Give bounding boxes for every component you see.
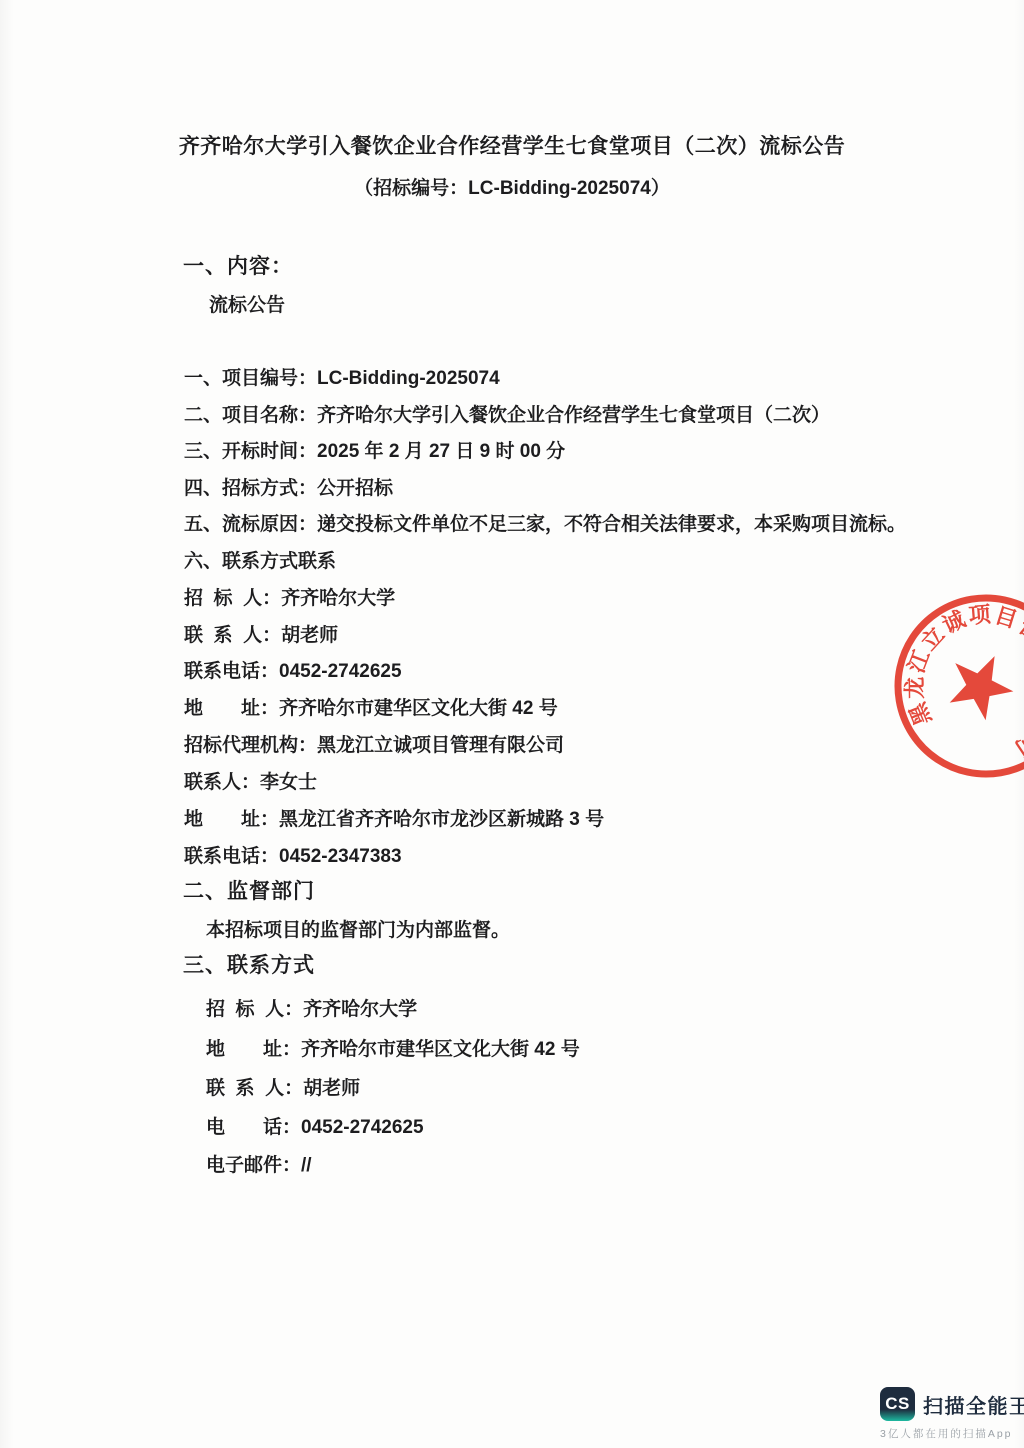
supervision-body-line: 本招标项目的监督部门为内部监督。 (206, 920, 510, 942)
section-heading-supervision: 二、监督部门 (183, 881, 315, 903)
notice-item-project-number: 一、项目编号：LC-Bidding-2025074 (184, 368, 500, 390)
document-subtitle: （招标编号：LC-Bidding-2025074） (0, 173, 1024, 200)
camscanner-logo-icon: CS (880, 1387, 915, 1421)
agency-seal: 黑龙江立诚项目管理有限公司 (876, 576, 1024, 812)
notice-item-opening-time: 三、开标时间：2025 年 2 月 27 日 9 时 00 分 (184, 441, 565, 463)
contact-line-agency-person: 联系人：李女士 (184, 772, 317, 794)
contact-line-phone: 联系电话：0452-2742625 (184, 661, 402, 683)
seal-ring-text: 黑龙江立诚项目管理有限公司 (890, 587, 1024, 769)
notice-item-contact-heading: 六、联系方式联系 (184, 551, 336, 573)
section-heading-contact: 三、联系方式 (183, 955, 315, 977)
contact-info-email: 电子邮件：// (206, 1155, 312, 1177)
contact-info-person: 联 系 人：胡老师 (206, 1078, 360, 1100)
contact-line-agency: 招标代理机构：黑龙江立诚项目管理有限公司 (184, 735, 564, 757)
seal-star (939, 642, 1024, 726)
camscanner-app-name: 扫描全能王™ (923, 1390, 1024, 1419)
contact-info-tenderer: 招 标 人：齐齐哈尔大学 (206, 999, 417, 1021)
document-title: 齐齐哈尔大学引入餐饮企业合作经营学生七食堂项目（二次）流标公告 (0, 130, 1024, 160)
notice-item-project-name: 二、项目名称：齐齐哈尔大学引入餐饮企业合作经营学生七食堂项目（二次） (184, 405, 830, 427)
document-page: 齐齐哈尔大学引入餐饮企业合作经营学生七食堂项目（二次）流标公告 （招标编号：LC… (0, 0, 1024, 1448)
content-body-line: 流标公告 (209, 295, 285, 317)
section-heading-content: 一、内容： (183, 256, 293, 278)
camscanner-tagline: 3亿人都在用的扫描App (880, 1426, 1012, 1441)
camscanner-watermark: CS 扫描全能王™ 3亿人都在用的扫描App (880, 1387, 1012, 1441)
contact-line-person: 联 系 人：胡老师 (184, 625, 338, 647)
contact-info-address: 地 址：齐齐哈尔市建华区文化大街 42 号 (206, 1039, 580, 1061)
camscanner-logo-letters: CS (885, 1394, 910, 1414)
contact-info-phone: 电 话：0452-2742625 (206, 1117, 424, 1139)
notice-item-bidding-method: 四、招标方式：公开招标 (184, 478, 393, 500)
contact-line-tenderer: 招 标 人：齐齐哈尔大学 (184, 588, 395, 610)
contact-line-agency-phone: 联系电话：0452-2347383 (184, 846, 402, 868)
contact-line-address: 地 址：齐齐哈尔市建华区文化大街 42 号 (184, 698, 558, 720)
contact-line-agency-address: 地 址：黑龙江省齐齐哈尔市龙沙区新城路 3 号 (184, 809, 604, 831)
notice-item-failure-reason: 五、流标原因：递交投标文件单位不足三家，不符合相关法律要求，本采购项目流标。 (184, 514, 906, 536)
